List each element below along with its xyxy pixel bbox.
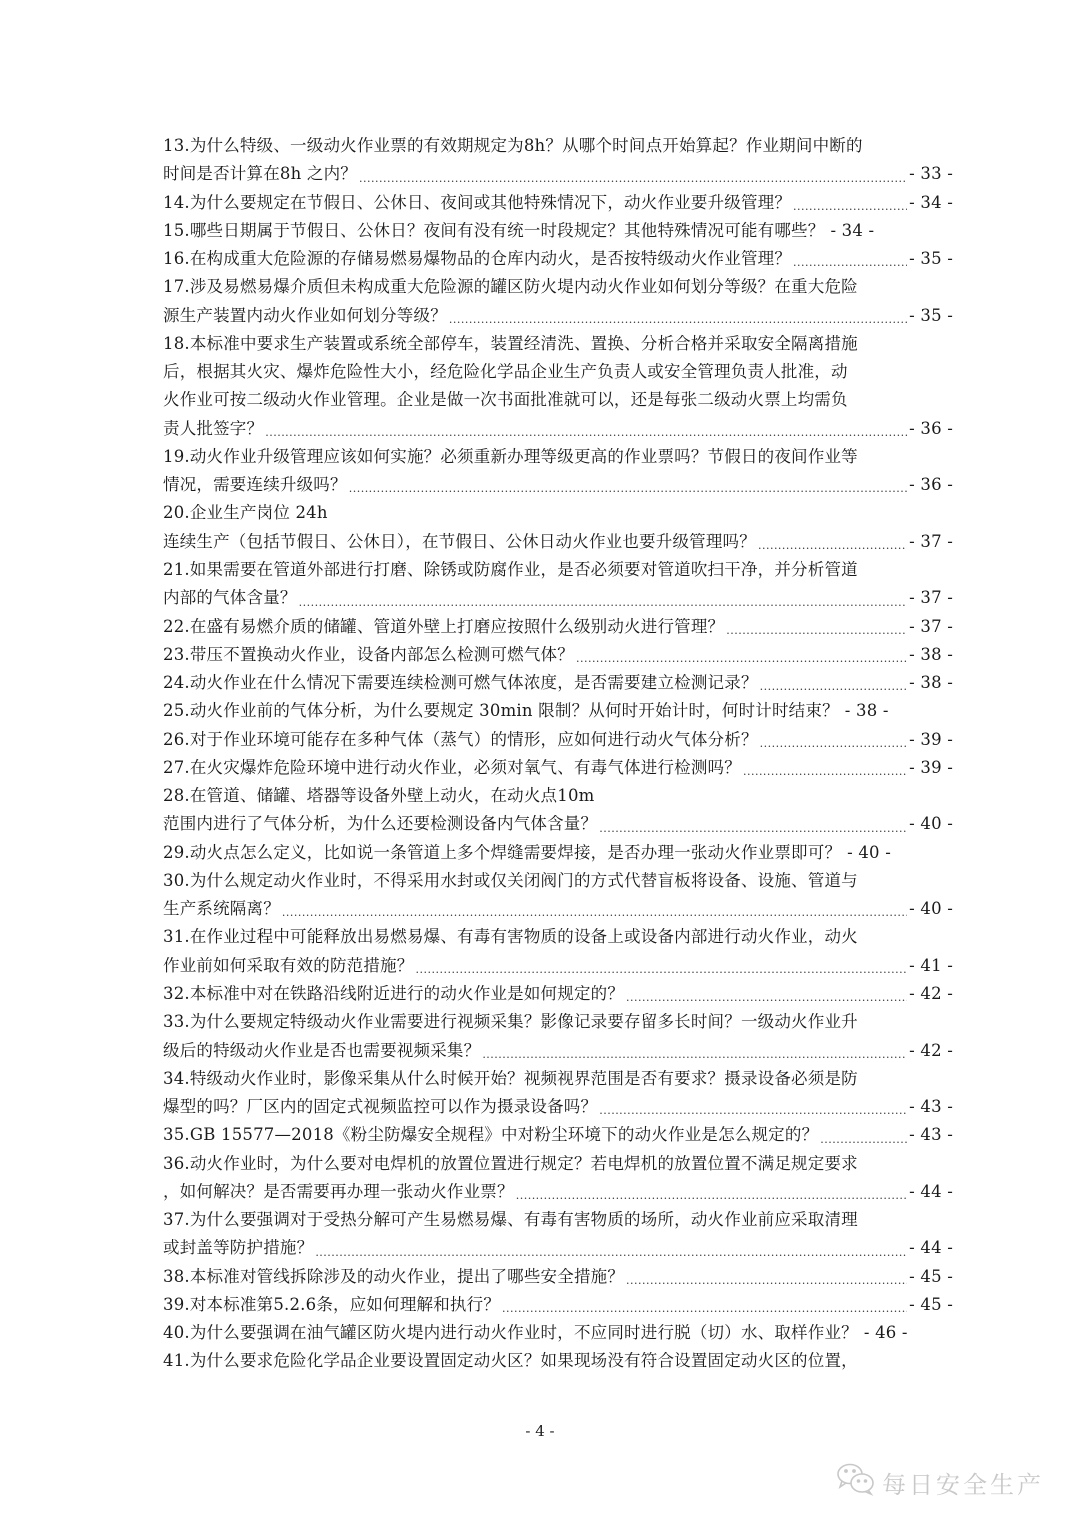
dot-leader [743,762,907,782]
toc-page-number: - 40 - [909,810,953,838]
dot-leader [626,988,907,1008]
toc-entry-text: 26.对于作业环境可能存在多种气体（蒸气）的情形，应如何进行动火气体分析？ [163,726,758,754]
toc-entry-line: 范围内进行了气体分析，为什么还要检测设备内气体含量？- 40 - [163,810,953,838]
toc-entry-text: 22.在盛有易燃介质的储罐、管道外壁上打磨应按照什么级别动火进行管理？ [163,613,724,641]
toc-page-number: - 43 - [909,1121,953,1149]
toc-page-number: - 36 - [909,471,953,499]
toc-entry-line: 41.为什么要求危险化学品企业要设置固定动火区？如果现场没有符合设置固定动火区的… [163,1347,953,1375]
toc-page-number: - 44 - [909,1234,953,1262]
dot-leader [576,649,907,669]
toc-entry-text: 19.动火作业升级管理应该如何实施？必须重新办理等级更高的作业票吗？节假日的夜间… [163,443,858,471]
dot-leader [760,734,908,754]
toc-entry-line: 38.本标准对管线拆除涉及的动火作业，提出了哪些安全措施？- 45 - [163,1263,953,1291]
toc-page-number: - 38 - [909,669,953,697]
toc-entry-line: 17.涉及易燃易爆介质但未构成重大危险源的罐区防火堤内动火作业如何划分等级？在重… [163,273,953,301]
dot-leader [820,1130,907,1150]
dot-leader [502,1299,907,1319]
toc-page-number: - 37 - [909,613,953,641]
toc-page-number: - 40 - [909,895,953,923]
watermark-text: 每日安全生产 [882,1465,1044,1500]
table-of-contents: 13.为什么特级、一级动火作业票的有效期规定为8h？从哪个时间点开始算起？作业期… [163,132,953,1376]
toc-page-number: - 40 - [847,839,891,867]
toc-entry-line: 连续生产（包括节假日、公休日），在节假日、公休日动火作业也要升级管理吗？- 37… [163,528,953,556]
toc-page-number: - 36 - [909,415,953,443]
toc-entry-text: 36.动火作业时，为什么要对电焊机的放置位置进行规定？若电焊机的放置位置不满足规… [163,1150,858,1178]
dot-leader [482,1045,907,1065]
toc-entry-line: 15.哪些日期属于节假日、公休日？夜间有没有统一时段规定？其他特殊情况可能有哪些… [163,217,953,245]
toc-entry-text: 16.在构成重大危险源的存储易燃易爆物品的仓库内动火，是否按特级动火作业管理？ [163,245,791,273]
toc-entry-text: 情况，需要连续升级吗？ [163,471,347,499]
toc-entry-line: 28.在管道、储罐、塔器等设备外壁上动火，在动火点10m [163,782,953,810]
toc-entry-line: 33.为什么要规定特级动火作业需要进行视频采集？影像记录要存留多长时间？一级动火… [163,1008,953,1036]
toc-page-number: - 45 - [909,1291,953,1319]
toc-entry-text: 爆型的吗？厂区内的固定式视频监控可以作为摄录设备吗？ [163,1093,597,1121]
toc-entry-text: 火作业可按二级动火作业管理。企业是做一次书面批准就可以，还是每张二级动火票上均需… [163,386,848,414]
toc-page-number: - 42 - [909,980,953,1008]
toc-entry-text: 内部的气体含量？ [163,584,297,612]
toc-entry-line: 30.为什么规定动火作业时，不得采用水封或仅关闭阀门的方式代替盲板将设备、设施、… [163,867,953,895]
toc-page-number: - 41 - [909,952,953,980]
toc-entry-line: 19.动火作业升级管理应该如何实施？必须重新办理等级更高的作业票吗？节假日的夜间… [163,443,953,471]
toc-page-number: - 44 - [909,1178,953,1206]
toc-entry-text: 18.本标准中要求生产装置或系统全部停车，装置经清洗、置换、分析合格并采取安全隔… [163,330,858,358]
toc-entry-line: 生产系统隔离？- 40 - [163,895,953,923]
toc-entry-text: 或封盖等防护措施？ [163,1234,313,1262]
toc-entry-line: 后，根据其火灾、爆炸危险性大小，经危险化学品企业生产负责人或安全管理负责人批准，… [163,358,953,386]
toc-entry-line: 24.动火作业在什么情况下需要连续检测可燃气体浓度，是否需要建立检测记录？- 3… [163,669,953,697]
toc-entry-line: 29.动火点怎么定义，比如说一条管道上多个焊缝需要焊接，是否办理一张动火作业票即… [163,839,953,867]
toc-entry-line: 25.动火作业前的气体分析，为什么要规定 30min 限制？从何时开始计时，何时… [163,697,953,725]
toc-entry-line: 16.在构成重大危险源的存储易燃易爆物品的仓库内动火，是否按特级动火作业管理？-… [163,245,953,273]
toc-page-number: - 46 - [864,1319,908,1347]
dot-leader [626,1271,907,1291]
toc-entry-text: ，如何解决？是否需要再办理一张动火作业票？ [163,1178,514,1206]
toc-entry-text: 37.为什么要强调对于受热分解可产生易燃易爆、有毒有害物质的场所，动火作业前应采… [163,1206,858,1234]
toc-entry-text: 27.在火灾爆炸危险环境中进行动火作业，必须对氧气、有毒气体进行检测吗？ [163,754,741,782]
toc-entry-line: 23.带压不置换动火作业，设备内部怎么检测可燃气体？- 38 - [163,641,953,669]
toc-entry-text: 34.特级动火作业时，影像采集从什么时候开始？视频视界范围是否有要求？摄录设备必… [163,1065,858,1093]
toc-entry-line: 火作业可按二级动火作业管理。企业是做一次书面批准就可以，还是每张二级动火票上均需… [163,386,953,414]
toc-entry-text: 24.动火作业在什么情况下需要连续检测可燃气体浓度，是否需要建立检测记录？ [163,669,758,697]
toc-entry-line: 39.对本标准第5.2.6条，应如何理解和执行？- 45 - [163,1291,953,1319]
toc-entry-line: 27.在火灾爆炸危险环境中进行动火作业，必须对氧气、有毒气体进行检测吗？- 39… [163,754,953,782]
toc-entry-text: 15.哪些日期属于节假日、公休日？夜间有没有统一时段规定？其他特殊情况可能有哪些… [163,217,824,245]
watermark: 每日安全生产 [836,1462,1044,1502]
toc-entry-line: 级后的特级动火作业是否也需要视频采集？- 42 - [163,1037,953,1065]
toc-entry-line: 13.为什么特级、一级动火作业票的有效期规定为8h？从哪个时间点开始算起？作业期… [163,132,953,160]
toc-entry-text: 级后的特级动火作业是否也需要视频采集？ [163,1037,480,1065]
toc-page-number: - 45 - [909,1263,953,1291]
dot-leader [416,960,908,980]
toc-entry-line: 34.特级动火作业时，影像采集从什么时候开始？视频视界范围是否有要求？摄录设备必… [163,1065,953,1093]
dot-leader [599,819,907,839]
toc-entry-text: 28.在管道、储罐、塔器等设备外壁上动火，在动火点10m [163,782,594,810]
toc-entry-line: 源生产装置内动火作业如何划分等级？- 35 - [163,302,953,330]
toc-entry-text: 源生产装置内动火作业如何划分等级？ [163,302,447,330]
toc-entry-line: 32.本标准中对在铁路沿线附近进行的动火作业是如何规定的？- 42 - [163,980,953,1008]
toc-entry-line: 时间是否计算在8h 之内？- 33 - [163,160,953,188]
toc-page-number: - 43 - [909,1093,953,1121]
toc-entry-line: 40.为什么要强调在油气罐区防火堤内进行动火作业时，不应同时进行脱（切）水、取样… [163,1319,953,1347]
toc-entry-line: 22.在盛有易燃介质的储罐、管道外壁上打磨应按照什么级别动火进行管理？- 37 … [163,613,953,641]
toc-page-number: - 38 - [909,641,953,669]
toc-entry-line: 18.本标准中要求生产装置或系统全部停车，装置经清洗、置换、分析合格并采取安全隔… [163,330,953,358]
toc-page-number: - 35 - [909,302,953,330]
dot-leader [349,479,907,499]
toc-entry-text: 作业前如何采取有效的防范措施？ [163,952,414,980]
toc-entry-line: 情况，需要连续升级吗？- 36 - [163,471,953,499]
toc-entry-line: 或封盖等防护措施？- 44 - [163,1234,953,1262]
toc-entry-line: 爆型的吗？厂区内的固定式视频监控可以作为摄录设备吗？- 43 - [163,1093,953,1121]
toc-page-number: - 33 - [909,160,953,188]
toc-entry-line: 20.企业生产岗位 24h [163,499,953,527]
toc-entry-text: 30.为什么规定动火作业时，不得采用水封或仅关闭阀门的方式代替盲板将设备、设施、… [163,867,858,895]
toc-entry-line: 31.在作业过程中可能释放出易燃易爆、有毒有害物质的设备上或设备内部进行动火作业… [163,923,953,951]
dot-leader [359,169,907,189]
dot-leader [758,536,907,556]
dot-leader [599,1101,907,1121]
toc-page-number: - 39 - [909,754,953,782]
toc-entry-text: 责人批签字？ [163,415,263,443]
toc-entry-text: 41.为什么要求危险化学品企业要设置固定动火区？如果现场没有符合设置固定动火区的… [163,1347,858,1375]
toc-entry-text: 范围内进行了气体分析，为什么还要检测设备内气体含量？ [163,810,597,838]
dot-leader [793,253,907,273]
toc-entry-line: 14.为什么要规定在节假日、公休日、夜间或其他特殊情况下，动火作业要升级管理？-… [163,189,953,217]
toc-page-number: - 38 - [845,697,889,725]
toc-entry-text: 23.带压不置换动火作业，设备内部怎么检测可燃气体？ [163,641,574,669]
dot-leader [265,423,907,443]
toc-entry-text: 25.动火作业前的气体分析，为什么要规定 30min 限制？从何时开始计时，何时… [163,697,839,725]
toc-entry-text: 时间是否计算在8h 之内？ [163,160,357,188]
toc-entry-line: 37.为什么要强调对于受热分解可产生易燃易爆、有毒有害物质的场所，动火作业前应采… [163,1206,953,1234]
toc-entry-text: 21.如果需要在管道外部进行打磨、除锈或防腐作业，是否必须要对管道吹扫干净，并分… [163,556,858,584]
dot-leader [315,1243,907,1263]
toc-entry-line: 作业前如何采取有效的防范措施？- 41 - [163,952,953,980]
toc-entry-text: 35.GB 15577—2018《粉尘防爆安全规程》中对粉尘环境下的动火作业是怎… [163,1121,818,1149]
toc-entry-line: 35.GB 15577—2018《粉尘防爆安全规程》中对粉尘环境下的动火作业是怎… [163,1121,953,1149]
dot-leader [282,903,907,923]
toc-entry-text: 31.在作业过程中可能释放出易燃易爆、有毒有害物质的设备上或设备内部进行动火作业… [163,923,858,951]
toc-entry-text: 14.为什么要规定在节假日、公休日、夜间或其他特殊情况下，动火作业要升级管理？ [163,189,791,217]
toc-entry-line: 责人批签字？- 36 - [163,415,953,443]
dot-leader [726,621,907,641]
toc-page-number: - 37 - [909,528,953,556]
toc-entry-line: 内部的气体含量？- 37 - [163,584,953,612]
toc-entry-text: 20.企业生产岗位 24h [163,499,328,527]
dot-leader [760,677,908,697]
toc-entry-line: 36.动火作业时，为什么要对电焊机的放置位置进行规定？若电焊机的放置位置不满足规… [163,1150,953,1178]
toc-entry-text: 连续生产（包括节假日、公休日），在节假日、公休日动火作业也要升级管理吗？ [163,528,756,556]
dot-leader [299,593,908,613]
dot-leader [793,197,907,217]
toc-page-number: - 39 - [909,726,953,754]
toc-entry-text: 39.对本标准第5.2.6条，应如何理解和执行？ [163,1291,500,1319]
toc-entry-line: ，如何解决？是否需要再办理一张动火作业票？- 44 - [163,1178,953,1206]
wechat-icon [836,1462,882,1502]
toc-page-number: - 42 - [909,1037,953,1065]
toc-entry-text: 13.为什么特级、一级动火作业票的有效期规定为8h？从哪个时间点开始算起？作业期… [163,132,863,160]
toc-entry-text: 29.动火点怎么定义，比如说一条管道上多个焊缝需要焊接，是否办理一张动火作业票即… [163,839,841,867]
toc-page-number: - 34 - [909,189,953,217]
toc-entry-line: 26.对于作业环境可能存在多种气体（蒸气）的情形，应如何进行动火气体分析？- 3… [163,726,953,754]
toc-page-number: - 35 - [909,245,953,273]
toc-entry-text: 17.涉及易燃易爆介质但未构成重大危险源的罐区防火堤内动火作业如何划分等级？在重… [163,273,858,301]
page-number: - 4 - [0,1422,1080,1440]
toc-entry-text: 33.为什么要规定特级动火作业需要进行视频采集？影像记录要存留多长时间？一级动火… [163,1008,858,1036]
toc-entry-text: 后，根据其火灾、爆炸危险性大小，经危险化学品企业生产负责人或安全管理负责人批准，… [163,358,848,386]
dot-leader [516,1186,907,1206]
toc-page-number: - 37 - [909,584,953,612]
toc-entry-text: 32.本标准中对在铁路沿线附近进行的动火作业是如何规定的？ [163,980,624,1008]
toc-entry-text: 38.本标准对管线拆除涉及的动火作业，提出了哪些安全措施？ [163,1263,624,1291]
toc-entry-text: 40.为什么要强调在油气罐区防火堤内进行动火作业时，不应同时进行脱（切）水、取样… [163,1319,858,1347]
toc-page-number: - 34 - [830,217,874,245]
toc-entry-line: 21.如果需要在管道外部进行打磨、除锈或防腐作业，是否必须要对管道吹扫干净，并分… [163,556,953,584]
toc-entry-text: 生产系统隔离？ [163,895,280,923]
dot-leader [449,310,907,330]
